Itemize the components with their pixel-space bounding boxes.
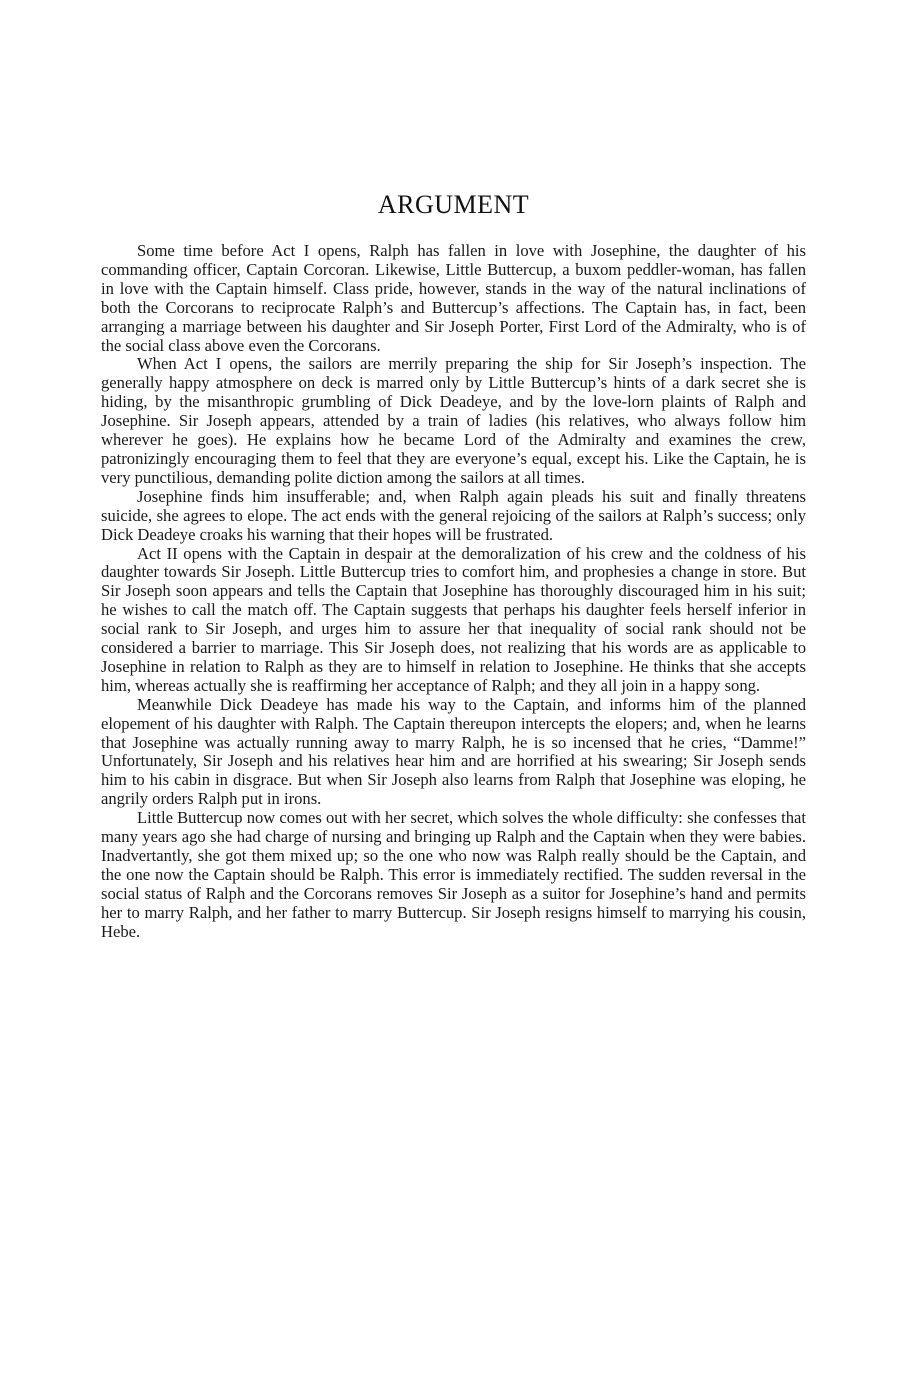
document-page: ARGUMENT Some time before Act I opens, R…: [101, 188, 806, 942]
page-title: ARGUMENT: [101, 188, 806, 222]
paragraph-3: Josephine finds him insufferable; and, w…: [101, 488, 806, 545]
paragraph-5: Meanwhile Dick Deadeye has made his way …: [101, 696, 806, 809]
paragraph-1: Some time before Act I opens, Ralph has …: [101, 242, 806, 355]
paragraph-4: Act II opens with the Captain in despair…: [101, 545, 806, 696]
paragraph-2: When Act I opens, the sailors are merril…: [101, 355, 806, 487]
paragraph-6: Little Buttercup now comes out with her …: [101, 809, 806, 941]
